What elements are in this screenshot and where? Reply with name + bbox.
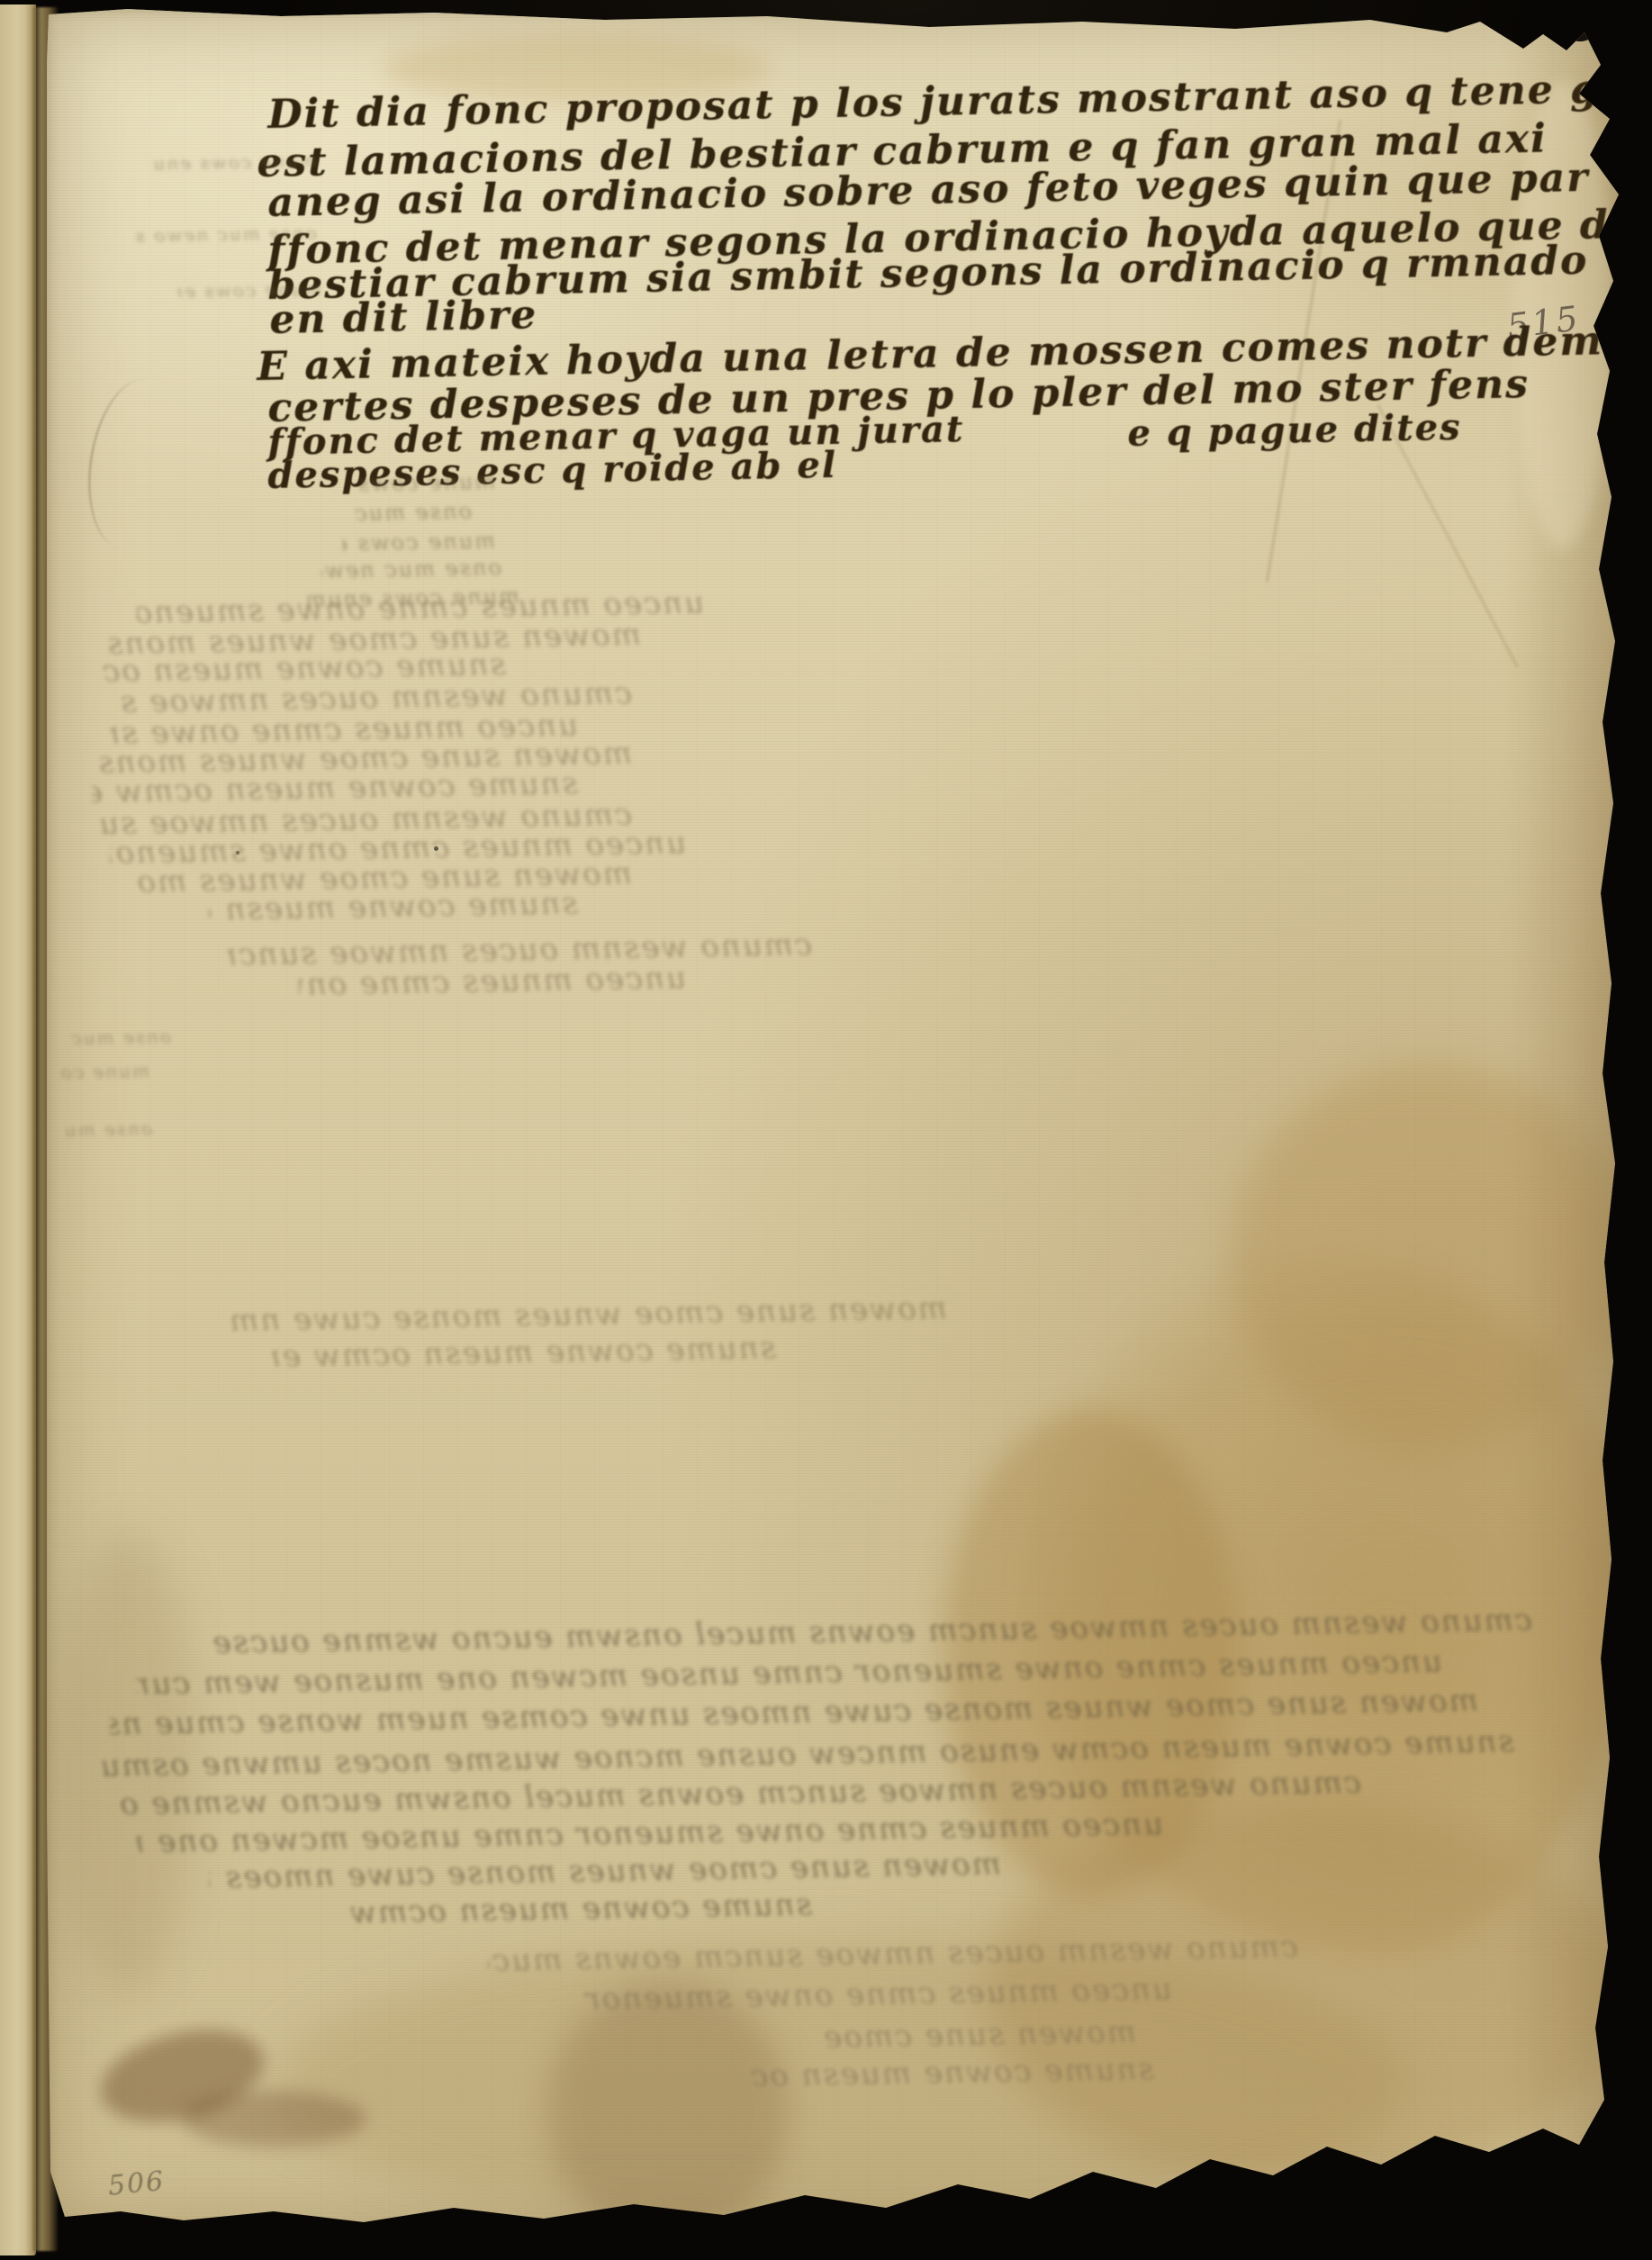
- manuscript-line: e q pague dites: [1127, 406, 1462, 455]
- previous-page-edge: [0, 5, 36, 2255]
- bleedthrough-line: onse muc newo smu: [355, 499, 473, 529]
- bottom-center-smudge: [546, 1981, 790, 2242]
- bottom-wash-stain: [272, 1936, 1406, 2233]
- bleedthrough-line: mowen sune cmoe wnues monse cuwe nmoes u…: [227, 1290, 948, 1342]
- manuscript-page: 515 506 Dit dia fonc proposat p los jura…: [47, 9, 1620, 2233]
- edge-hole: [1566, 23, 1593, 41]
- bleedthrough-line: mune cows enum snoe cmw: [308, 583, 520, 616]
- bleedthrough-line: mowen sune cmoe wnues monse cuwe nmoes u…: [812, 2014, 1137, 2059]
- bleedthrough-line: snume cowne muesn ocmw enuso mncew ousne…: [272, 1330, 777, 1379]
- bleedthrough-line: mowen sune cmoe wnues monse cuwe nmoes u…: [209, 1846, 1002, 1899]
- bleedthrough-line: mune cows enum snoe cmw: [342, 529, 496, 560]
- bleedthrough-line: unceo mnues cmne onwe smuenor cnme unsoe…: [137, 1806, 1164, 1864]
- water-stain-main: [1019, 1252, 1631, 1954]
- bleedthrough-line: snume cowne muesn ocmw enuso mncew ousne…: [101, 1723, 1515, 1787]
- bleedthrough-line: snume cowne muesn ocmw enuso mncew ousne…: [749, 2051, 1155, 2098]
- bleedthrough-line: snume cowne muesn ocmw enuso mncew ousne…: [101, 646, 507, 693]
- manuscript-scan: 515 506 Dit dia fonc proposat p los jura…: [0, 0, 1652, 2260]
- bleedthrough-line: unceo mnues cmne onwe smuenor cnme unsoe…: [137, 585, 705, 635]
- bleedthrough-line: unceo mnues cmne onwe smuenor cnme unsoe…: [137, 1643, 1443, 1705]
- bleedthrough-line: mowen sune cmoe wnues monse cuwe nmoes u…: [110, 617, 642, 665]
- bleedthrough-line: cmuno wesnm ouces nmwoe suncm eowns muce…: [227, 927, 813, 976]
- bleedthrough-line: mune cows enum snoe cmw: [59, 1060, 149, 1087]
- bleedthrough-line: snume cowne muesn ocmw enuso mncew ousne…: [92, 765, 579, 813]
- bleedthrough-line: snume cowne muesn ocmw enuso mncew ousne…: [344, 1886, 813, 1934]
- ink-speck: [236, 851, 239, 854]
- bleedthrough-line: onse muc newo smu: [67, 1117, 152, 1144]
- bleedthrough-line: cmuno wesnm ouces nmwoe suncm eowns muce…: [488, 1929, 1299, 1983]
- water-stain-lobe: [943, 1409, 1240, 1895]
- bottom-page-number: 506: [107, 2165, 167, 2201]
- water-stain-lower: [983, 1801, 1622, 2188]
- bleedthrough-line: mowen sune cmoe wnues monse cuwe nmoes u…: [101, 736, 633, 784]
- bleedthrough-line: cmuno wesnm ouces nmwoe suncm eowns muce…: [119, 1765, 1362, 1826]
- water-stain-upper: [1231, 1062, 1627, 1450]
- bleedthrough-line: unceo mnues cmne onwe smuenor cnme unsoe…: [578, 1971, 1173, 2021]
- bottom-left-smudge: [91, 2014, 273, 2138]
- bleedthrough-line: snume cowne muesn ocmw enuso mncew ousne…: [209, 885, 579, 931]
- bleedthrough-line: cmuno wesnm ouces nmwoe suncm eowns muce…: [101, 797, 633, 845]
- manuscript-line: en dit libre: [269, 292, 538, 343]
- bleedthrough-line: unceo mnues cmne onwe smuenor cnme unsoe…: [299, 960, 687, 1006]
- margin-pencil-arc: [77, 373, 191, 556]
- bleedthrough-line: onse muc newo smu: [321, 555, 502, 586]
- bleedthrough-line: unceo mnues cmne onwe smuenor cnme unsoe…: [110, 707, 579, 755]
- bleedthrough-line: mowen sune cmoe wnues monse cuwe nmoes u…: [137, 855, 633, 904]
- bleedthrough-line: unceo mnues cmne onwe smuenor cnme unsoe…: [110, 825, 687, 874]
- bleedthrough-line: mowen sune cmoe wnues monse cuwe nmoes u…: [110, 1683, 1479, 1747]
- bleedthrough-line: cmuno wesnm ouces nmwoe suncm eowns muce…: [119, 675, 633, 724]
- ink-speck: [434, 846, 438, 851]
- bleedthrough-line: onse muc newo smu: [63, 1026, 171, 1053]
- bleedthrough-line: cmuno wesnm ouces nmwoe suncm eowns muce…: [209, 1602, 1533, 1665]
- bottom-left-smudge: [182, 2091, 366, 2147]
- left-margin-smudge: [60, 1531, 195, 1999]
